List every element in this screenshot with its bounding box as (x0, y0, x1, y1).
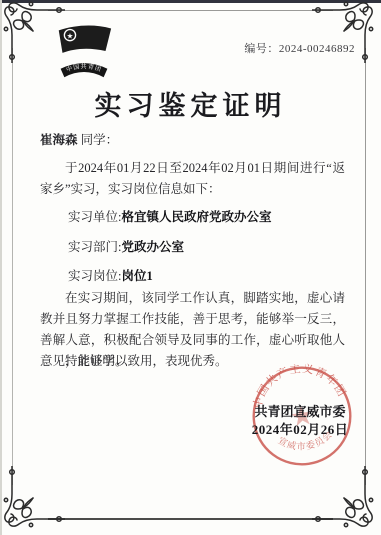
serial-number: 编号：2024-00246892 (244, 40, 355, 56)
field-internship-unit: 实习单位:格宜镇人民政府党政办公室 (68, 207, 345, 228)
field-label: 实习单位: (68, 210, 121, 224)
border-frame (48, 518, 333, 520)
issuing-organization: 共青团宣威市委 (240, 403, 360, 421)
signature-block: 共青团宣威市委 2024年02月26日 (240, 403, 360, 439)
certificate-title: 实习鉴定证明 (0, 84, 381, 123)
issue-date: 2024年02月26日 (240, 421, 360, 439)
field-internship-position: 实习岗位:岗位1 (68, 266, 345, 287)
certificate-page: ★ 中国共青团 编号：2024-00246892 实习鉴定证明 崔海森 同学： … (0, 0, 381, 535)
field-value: 格宜镇人民政府党政办公室 (121, 210, 271, 224)
intro-paragraph: 于2024年01月22日至2024年02月01日期间进行“返家乡”实习，实习岗位… (40, 158, 345, 200)
salutation: 崔海森 同学： (40, 130, 345, 151)
salutation-suffix: 同学： (81, 133, 119, 147)
field-internship-department: 实习部门:党政办公室 (68, 237, 345, 258)
flag-star-icon: ★ (67, 31, 74, 40)
corner-flourish-icon (1, 466, 65, 530)
field-value: 岗位1 (121, 269, 152, 283)
field-value: 党政办公室 (121, 240, 184, 254)
corner-flourish-icon (312, 466, 376, 530)
field-label: 实习岗位: (68, 269, 121, 283)
student-name: 崔海森 (40, 133, 78, 147)
border-frame (48, 10, 333, 11)
scan-edge (0, 0, 2, 535)
youth-league-flag-icon: ★ 中国共青团 (50, 22, 118, 80)
field-label: 实习部门: (68, 240, 121, 254)
